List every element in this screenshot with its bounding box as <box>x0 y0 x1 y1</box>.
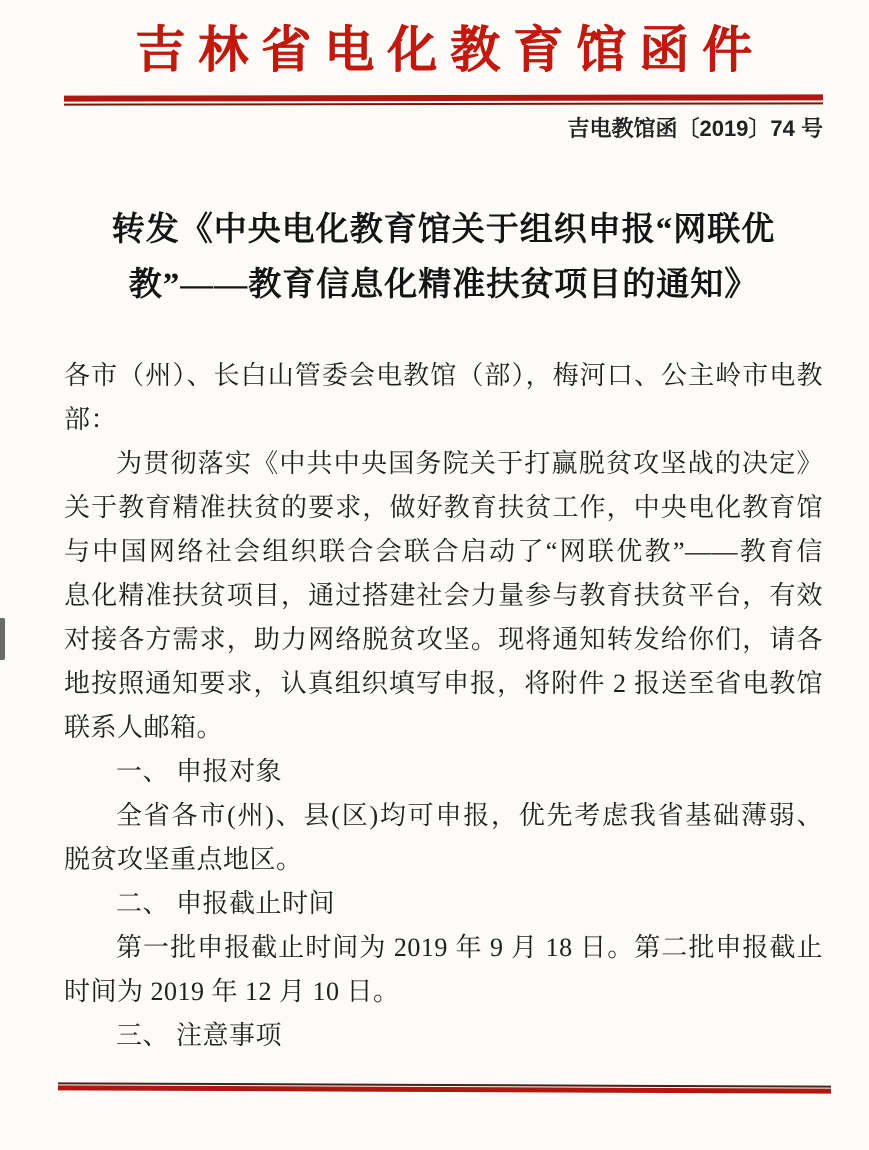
document-page: 吉林省电化教育馆函件 吉电教馆函〔2019〕74 号 转发《中央电化教育馆关于组… <box>0 0 869 1150</box>
body-line: 与中国网络社会组织联合会联合启动了“网联优教”——教育信 <box>64 530 823 574</box>
document-title: 转发《中央电化教育馆关于组织申报“网联优 教”——教育信息化精准扶贫项目的通知》 <box>64 203 823 313</box>
body-line: 联系人邮箱。 <box>64 706 823 750</box>
body-line: 地按照通知要求，认真组织填写申报，将附件 2 报送至省电教馆 <box>64 662 823 706</box>
body-line: 为贯彻落实《中共中央国务院关于打赢脱贫攻坚战的决定》 <box>64 442 823 486</box>
footer-rule <box>58 1082 831 1093</box>
scan-edge-artifact <box>0 618 5 660</box>
salutation-line: 各市（州）、长白山管委会电教馆（部），梅河口、公主岭市电教 <box>64 354 823 398</box>
document-body: 各市（州）、长白山管委会电教馆（部），梅河口、公主岭市电教 部： 为贯彻落实《中… <box>64 354 823 1058</box>
body-line: 第一批申报截止时间为 2019 年 9 月 18 日。第二批申报截止 <box>64 926 823 970</box>
document-content: 吉林省电化教育馆函件 吉电教馆函〔2019〕74 号 转发《中央电化教育馆关于组… <box>0 18 869 1058</box>
body-line: 对接各方需求，助力网络脱贫攻坚。现将通知转发给你们，请各 <box>64 618 823 662</box>
letterhead-title: 吉林省电化教育馆函件 <box>64 18 823 82</box>
body-line: 息化精准扶贫项目，通过搭建社会力量参与教育扶贫平台，有效 <box>64 574 823 618</box>
section-heading-1: 一、 申报对象 <box>64 750 823 794</box>
body-line: 全省各市(州)、县(区)均可申报，优先考虑我省基础薄弱、 <box>64 794 823 838</box>
section-heading-3: 三、 注意事项 <box>64 1014 823 1058</box>
section-heading-2: 二、 申报截止时间 <box>64 882 823 926</box>
document-title-line-2: 教”——教育信息化精准扶贫项目的通知》 <box>64 258 823 313</box>
body-line: 时间为 2019 年 12 月 10 日。 <box>64 970 823 1014</box>
document-title-line-1: 转发《中央电化教育馆关于组织申报“网联优 <box>64 203 823 258</box>
body-line: 关于教育精准扶贫的要求，做好教育扶贫工作，中央电化教育馆 <box>64 486 823 530</box>
salutation-line: 部： <box>64 398 823 442</box>
document-number: 吉电教馆函〔2019〕74 号 <box>64 114 823 144</box>
body-line: 脱贫攻坚重点地区。 <box>64 838 823 882</box>
header-rule <box>64 94 823 105</box>
header-rule-thick <box>64 94 823 101</box>
header-rule-thin <box>64 102 823 105</box>
